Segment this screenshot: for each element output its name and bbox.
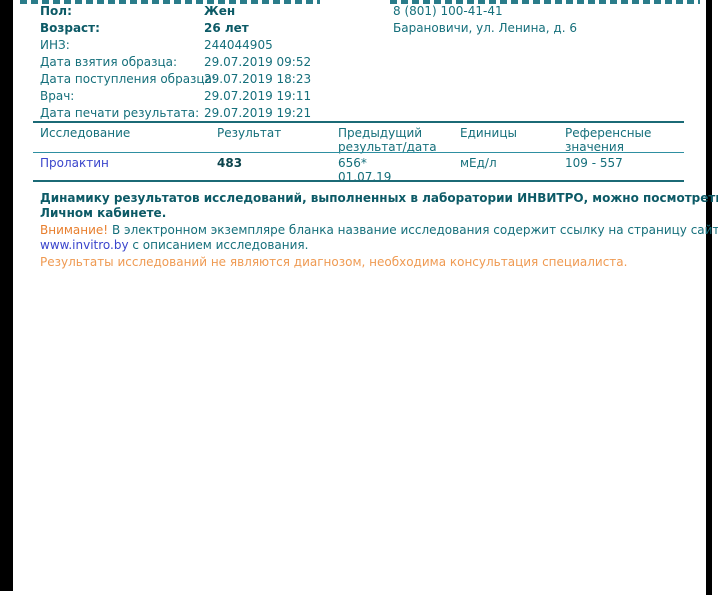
- table-header-test: Исследование: [40, 126, 130, 140]
- lab-phone: 8 (801) 100-41-41: [393, 4, 503, 18]
- reference-range: 109 - 557: [565, 156, 623, 170]
- table-header-previous-line1: Предыдущий: [338, 126, 422, 140]
- attention-note-line2: www.invitro.by с описанием исследования.: [40, 238, 308, 252]
- dynamics-note-line1: Динамику результатов исследований, выпол…: [40, 191, 718, 206]
- info-value-age: 26 лет: [204, 21, 249, 35]
- lab-report-page: Пол: Жен Возраст: 26 лет ИНЗ: 244044905 …: [0, 0, 718, 595]
- previous-result: 656*: [338, 156, 367, 170]
- info-value-sample-received: 29.07.2019 18:23: [204, 72, 311, 86]
- dynamics-note-line2: Личном кабинете.: [40, 206, 166, 221]
- info-value-print-date: 29.07.2019 19:21: [204, 106, 311, 120]
- info-value-inz: 244044905: [204, 38, 273, 52]
- scan-border-left: [0, 0, 13, 591]
- attention-note-line1: Внимание! В электронном экземпляре бланк…: [40, 223, 718, 237]
- info-value-sample-taken: 29.07.2019 09:52: [204, 55, 311, 69]
- info-label-doctor: Врач:: [40, 89, 74, 103]
- info-value-doctor: 29.07.2019 19:11: [204, 89, 311, 103]
- info-label-age: Возраст:: [40, 21, 100, 35]
- attention-line2-text: с описанием исследования.: [129, 238, 309, 252]
- table-top-rule: [33, 121, 684, 123]
- table-header-reference-line1: Референсные: [565, 126, 651, 140]
- table-header-result: Результат: [217, 126, 281, 140]
- info-label-print-date: Дата печати результата:: [40, 106, 199, 120]
- result-value: 483: [217, 156, 242, 170]
- scan-border-right: [706, 0, 712, 595]
- table-bottom-rule: [33, 180, 684, 182]
- table-header-units: Единицы: [460, 126, 517, 140]
- table-header-rule: [33, 152, 684, 153]
- attention-prefix: Внимание!: [40, 223, 108, 237]
- info-label-sample-received: Дата поступления образца:: [40, 72, 216, 86]
- disclaimer-note: Результаты исследований не являются диаг…: [40, 255, 627, 269]
- info-value-sex: Жен: [204, 4, 235, 18]
- invitro-site-link[interactable]: www.invitro.by: [40, 238, 129, 252]
- info-label-sample-taken: Дата взятия образца:: [40, 55, 177, 69]
- units-value: мЕд/л: [460, 156, 497, 170]
- info-label-inz: ИНЗ:: [40, 38, 70, 52]
- test-name-link[interactable]: Пролактин: [40, 156, 109, 170]
- attention-line1-text: В электронном экземпляре бланка название…: [108, 223, 718, 237]
- lab-address: Барановичи, ул. Ленина, д. 6: [393, 21, 577, 35]
- info-label-sex: Пол:: [40, 4, 72, 18]
